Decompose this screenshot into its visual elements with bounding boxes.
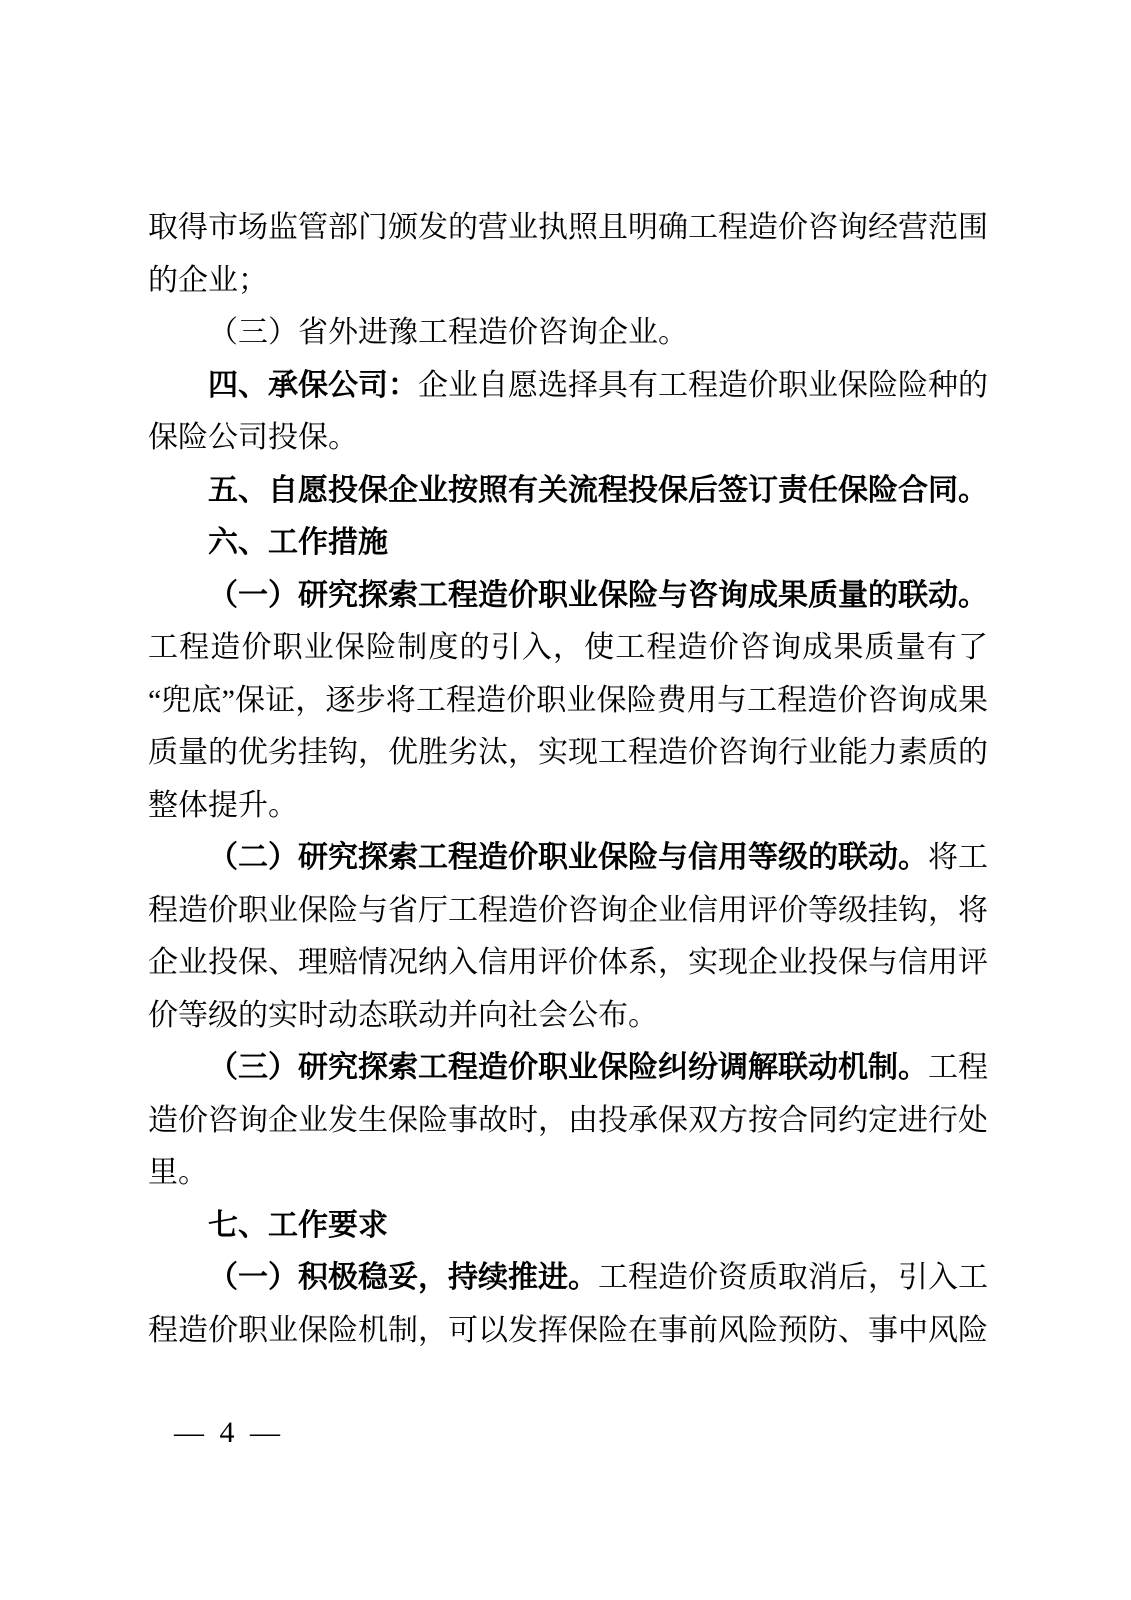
requirement-one-paragraph: （一）积极稳妥，持续推进。工程造价资质取消后，引入工程造价职业保险机制，可以发挥… [148,1252,988,1357]
document-body: 取得市场监管部门颁发的营业执照且明确工程造价咨询经营范围的企业； （三）省外进豫… [148,202,988,1357]
requirement-one-heading: （一）积极稳妥，持续推进。 [208,1261,598,1294]
page-number: — 4 — [174,1416,280,1450]
section-six-paragraph: 六、工作措施 [148,517,988,570]
measure-two-heading: （二）研究探索工程造价职业保险与信用等级的联动。 [208,841,928,874]
paragraph-text: 取得市场监管部门颁发的营业执照且明确工程造价咨询经营范围的企业； [148,211,988,297]
measure-three-paragraph: （三）研究探索工程造价职业保险纠纷调解联动机制。工程造价咨询企业发生保险事故时，… [148,1042,988,1200]
measure-one-heading: （一）研究探索工程造价职业保险与咨询成果质量的联动。 [208,579,988,612]
measure-two-paragraph: （二）研究探索工程造价职业保险与信用等级的联动。将工程造价职业保险与省厅工程造价… [148,832,988,1042]
paragraph-continued: 取得市场监管部门颁发的营业执照且明确工程造价咨询经营范围的企业； [148,202,988,307]
paragraph-text: 工程造价职业保险制度的引入，使工程造价咨询成果质量有了“兜底”保证，逐步将工程造… [148,631,988,822]
section-seven-heading: 七、工作要求 [208,1209,388,1242]
page-number-label: — 4 — [174,1416,280,1449]
section-five-paragraph: 五、自愿投保企业按照有关流程投保后签订责任保险合同。 [148,465,988,518]
section-four-heading: 四、承保公司： [208,369,418,402]
list-item-three: （三）省外进豫工程造价咨询企业。 [148,307,988,360]
measure-one-paragraph: （一）研究探索工程造价职业保险与咨询成果质量的联动。工程造价职业保险制度的引入，… [148,570,988,833]
section-seven-paragraph: 七、工作要求 [148,1200,988,1253]
section-five-heading: 五、自愿投保企业按照有关流程投保后签订责任保险合同。 [208,474,988,507]
section-four-paragraph: 四、承保公司：企业自愿选择具有工程造价职业保险险种的保险公司投保。 [148,360,988,465]
document-page: 取得市场监管部门颁发的营业执照且明确工程造价咨询经营范围的企业； （三）省外进豫… [0,0,1131,1600]
section-six-heading: 六、工作措施 [208,526,388,559]
paragraph-text: （三）省外进豫工程造价咨询企业。 [208,316,688,349]
measure-three-heading: （三）研究探索工程造价职业保险纠纷调解联动机制。 [208,1051,928,1084]
